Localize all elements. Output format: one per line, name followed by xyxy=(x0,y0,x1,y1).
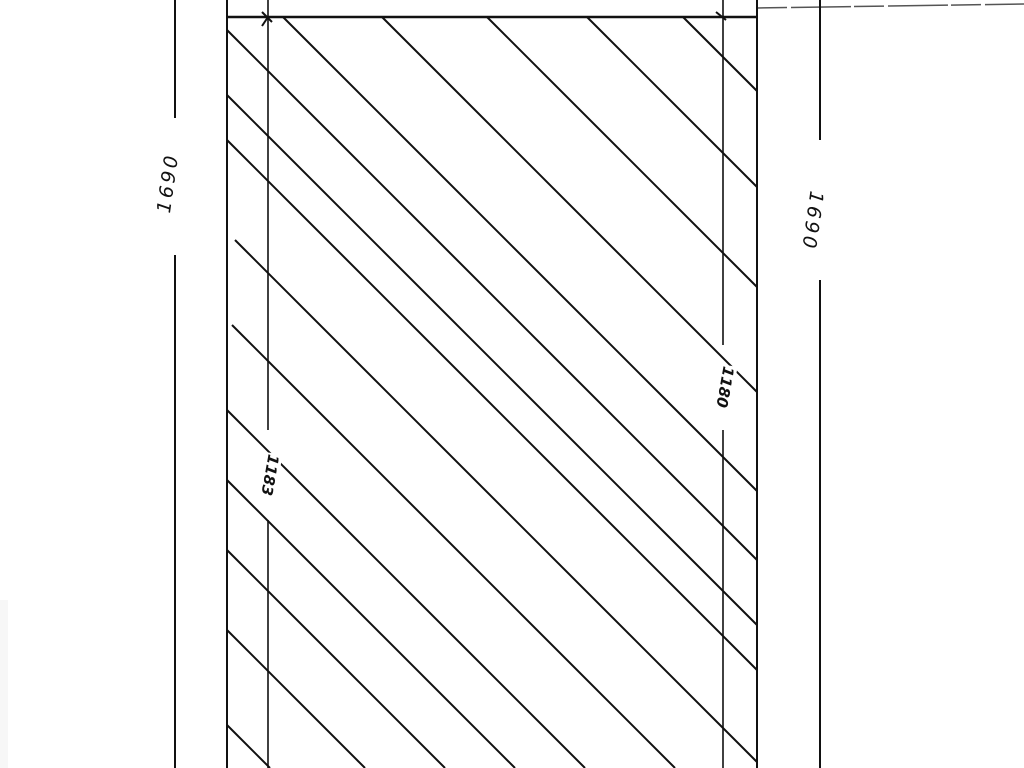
hatched-section-drawing xyxy=(0,0,1024,768)
top-reference-line xyxy=(757,4,1024,8)
hatch-line xyxy=(227,725,270,768)
hatch-line xyxy=(227,480,515,768)
hatch-line xyxy=(227,630,365,768)
hatch-line xyxy=(227,140,757,670)
hatch-line xyxy=(227,95,757,625)
hatch-lines xyxy=(227,17,757,768)
hatch-line xyxy=(382,17,757,392)
hatch-line xyxy=(235,240,757,762)
hatch-line xyxy=(487,17,757,287)
hatch-line xyxy=(227,30,757,560)
corner-tick-left xyxy=(262,12,272,26)
hatch-line xyxy=(683,17,757,91)
hatch-line xyxy=(587,17,757,187)
hatch-line xyxy=(227,550,445,768)
hatch-line xyxy=(283,17,757,491)
